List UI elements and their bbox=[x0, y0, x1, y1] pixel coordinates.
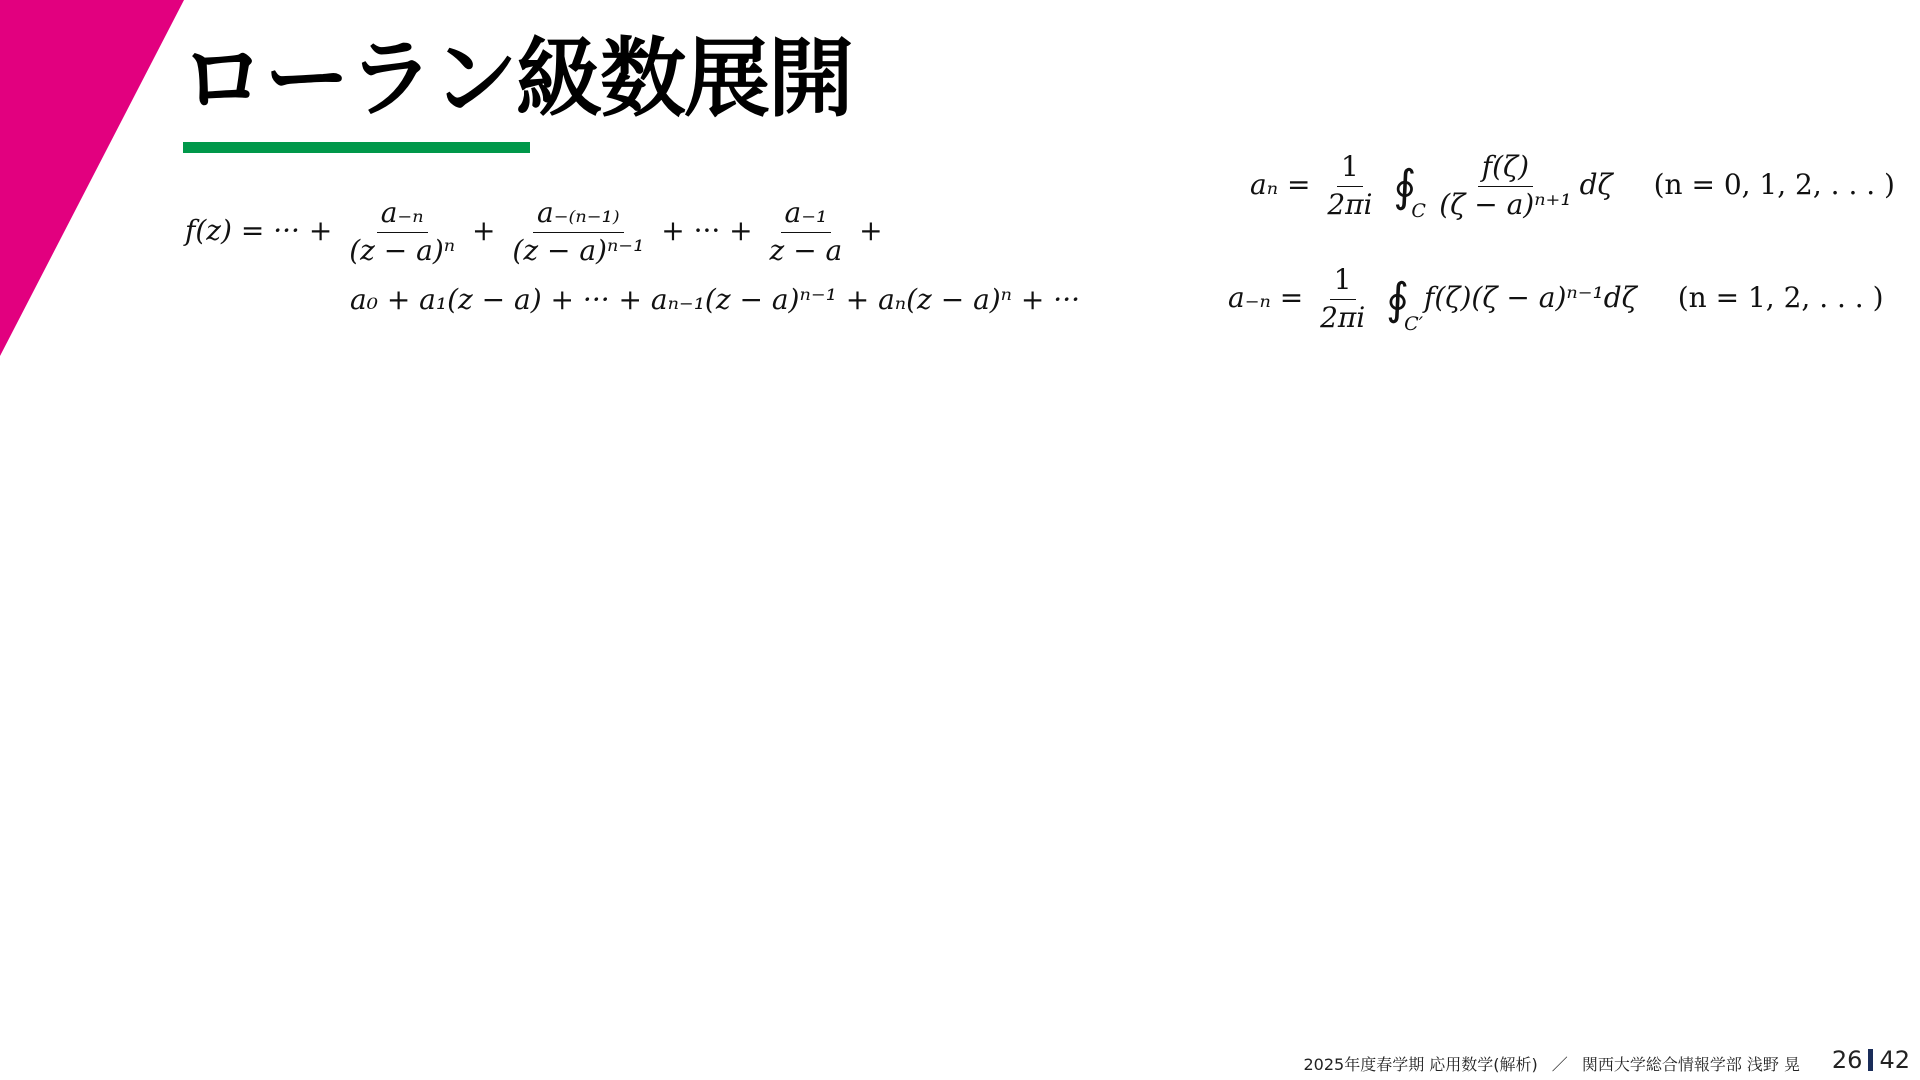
laurent-series-line2: a₀ + a₁(z − a) + ··· + aₙ₋₁(z − a)ⁿ⁻¹ + … bbox=[350, 283, 1080, 316]
footer: 2025年度春学期 応用数学(解析) ／ 関西大学総合情報学部 浅野 晃 bbox=[1304, 1052, 1801, 1075]
contour-integral-icon: ∮C′ bbox=[1386, 274, 1409, 325]
page-indicator: 26 42 bbox=[1832, 1046, 1910, 1074]
footer-affiliation: 関西大学総合情報学部 浅野 晃 bbox=[1582, 1052, 1800, 1075]
title-underline bbox=[183, 142, 530, 153]
contour-integral-icon: ∮C bbox=[1393, 161, 1416, 212]
laurent-series-line1: f(z) = ··· + a₋ₙ (z − a)ⁿ + a₋₍ₙ₋₁₎ (z −… bbox=[185, 198, 883, 267]
slide-title: ローラン級数展開 bbox=[180, 28, 852, 131]
footer-course: 2025年度春学期 応用数学(解析) bbox=[1304, 1052, 1538, 1075]
coefficient-positive-formula: aₙ = 1 2πi ∮C f(ζ) (ζ − a)ⁿ⁺¹ dζ (n = 0,… bbox=[1250, 152, 1895, 221]
term-a-minus-1: a₋₁ z − a bbox=[766, 198, 847, 267]
current-page: 26 bbox=[1832, 1046, 1863, 1074]
page-separator bbox=[1868, 1049, 1873, 1071]
term-a-minus-n-minus-1: a₋₍ₙ₋₁₎ (z − a)ⁿ⁻¹ bbox=[508, 198, 648, 267]
series-lhs: f(z) = ··· + bbox=[185, 214, 332, 247]
footer-separator: ／ bbox=[1552, 1052, 1568, 1075]
total-pages: 42 bbox=[1879, 1046, 1910, 1074]
accent-triangle bbox=[0, 0, 184, 356]
term-a-minus-n: a₋ₙ (z − a)ⁿ bbox=[345, 198, 459, 267]
coefficient-negative-formula: a₋ₙ = 1 2πi ∮C′ f(ζ)(ζ − a)ⁿ⁻¹dζ (n = 1,… bbox=[1228, 265, 1884, 334]
